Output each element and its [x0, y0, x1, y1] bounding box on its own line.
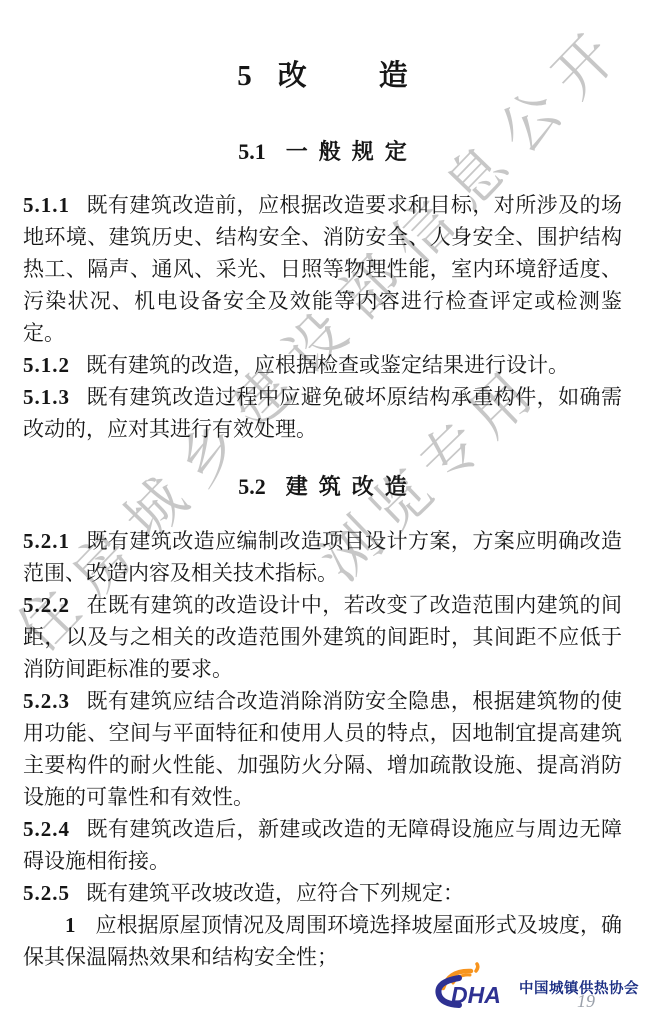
clause-text: 既有建筑改造过程中应避免破坏原结构承重构件，如确需改动的，应对其进行有效处理。 [23, 385, 622, 441]
clause-text: 在既有建筑的改造设计中，若改变了改造范围内建筑的间距，以及与之相关的改造范围外建… [23, 593, 622, 681]
clause-5-2-4: 5.2.4既有建筑改造后，新建或改造的无障碍设施应与周边无障碍设施相衔接。 [23, 813, 622, 877]
clause-5-2-5: 5.2.5既有建筑平改坡改造，应符合下列规定： [23, 877, 622, 909]
clause-5-1-1: 5.1.1既有建筑改造前，应根据改造要求和目标，对所涉及的场地环境、建筑历史、结… [23, 189, 622, 349]
document-content: 5 改造 5.1 一般规定 5.1.1既有建筑改造前，应根据改造要求和目标，对所… [23, 0, 622, 973]
clause-5-2-1: 5.2.1既有建筑改造应编制改造项目设计方案，方案应明确改造范围、改造内容及相关… [23, 525, 622, 589]
logo-acronym: DHA [451, 982, 501, 1008]
clause-text: 既有建筑改造前，应根据改造要求和目标，对所涉及的场地环境、建筑历史、结构安全、消… [23, 193, 622, 345]
clause-text: 既有建筑改造应编制改造项目设计方案，方案应明确改造范围、改造内容及相关技术指标。 [23, 529, 622, 585]
chapter-number: 5 [237, 57, 252, 95]
clause-5-2-3: 5.2.3既有建筑应结合改造消除消防安全隐患，根据建筑物的使用功能、空间与平面特… [23, 685, 622, 813]
clause-number: 5.2.5 [23, 881, 86, 905]
clause-5-1-3: 5.1.3既有建筑改造过程中应避免破坏原结构承重构件，如确需改动的，应对其进行有… [23, 381, 622, 445]
clause-text: 既有建筑的改造，应根据检查或鉴定结果进行设计。 [86, 353, 569, 377]
document-page: 住房城乡建设部信息公开 浏览专用 5 改造 5.1 一般规定 5.1.1既有建筑… [0, 0, 645, 1016]
clause-number: 5.2.4 [23, 817, 86, 841]
section-number: 5.1 [238, 136, 266, 168]
logo-name: 中国城镇供热协会 [519, 977, 639, 998]
cdha-logo-icon: DHA [429, 962, 515, 1012]
clause-number: 5.1.2 [23, 353, 86, 377]
clause-number: 5.2.3 [23, 689, 86, 713]
clause-number: 5.2.1 [23, 529, 86, 553]
subitem-text: 应根据原屋顶情况及周围环境选择坡屋面形式及坡度，确保其保温隔热效果和结构安全性； [23, 913, 622, 969]
chapter-title-text: 改造 [278, 57, 480, 95]
clause-number: 5.2.2 [23, 593, 86, 617]
section-title-text: 一般规定 [286, 136, 418, 168]
section-title-text: 建筑改造 [286, 471, 418, 503]
subitem-number: 1 [65, 913, 96, 937]
clause-text: 既有建筑应结合改造消除消防安全隐患，根据建筑物的使用功能、空间与平面特征和使用人… [23, 689, 622, 809]
section-heading-5-1: 5.1 一般规定 [23, 136, 622, 168]
clause-text: 既有建筑平改坡改造，应符合下列规定： [86, 881, 464, 905]
clause-5-1-2: 5.1.2既有建筑的改造，应根据检查或鉴定结果进行设计。 [23, 349, 622, 381]
clause-5-2-2: 5.2.2在既有建筑的改造设计中，若改变了改造范围内建筑的间距，以及与之相关的改… [23, 589, 622, 685]
cdha-logo: DHA 中国城镇供热协会 [429, 962, 639, 1012]
chapter-title: 5 改造 [23, 57, 622, 95]
clause-number: 5.1.3 [23, 385, 86, 409]
clause-number: 5.1.1 [23, 193, 86, 217]
clause-text: 既有建筑改造后，新建或改造的无障碍设施应与周边无障碍设施相衔接。 [23, 817, 622, 873]
section-number: 5.2 [238, 471, 266, 503]
section-heading-5-2: 5.2 建筑改造 [23, 471, 622, 503]
